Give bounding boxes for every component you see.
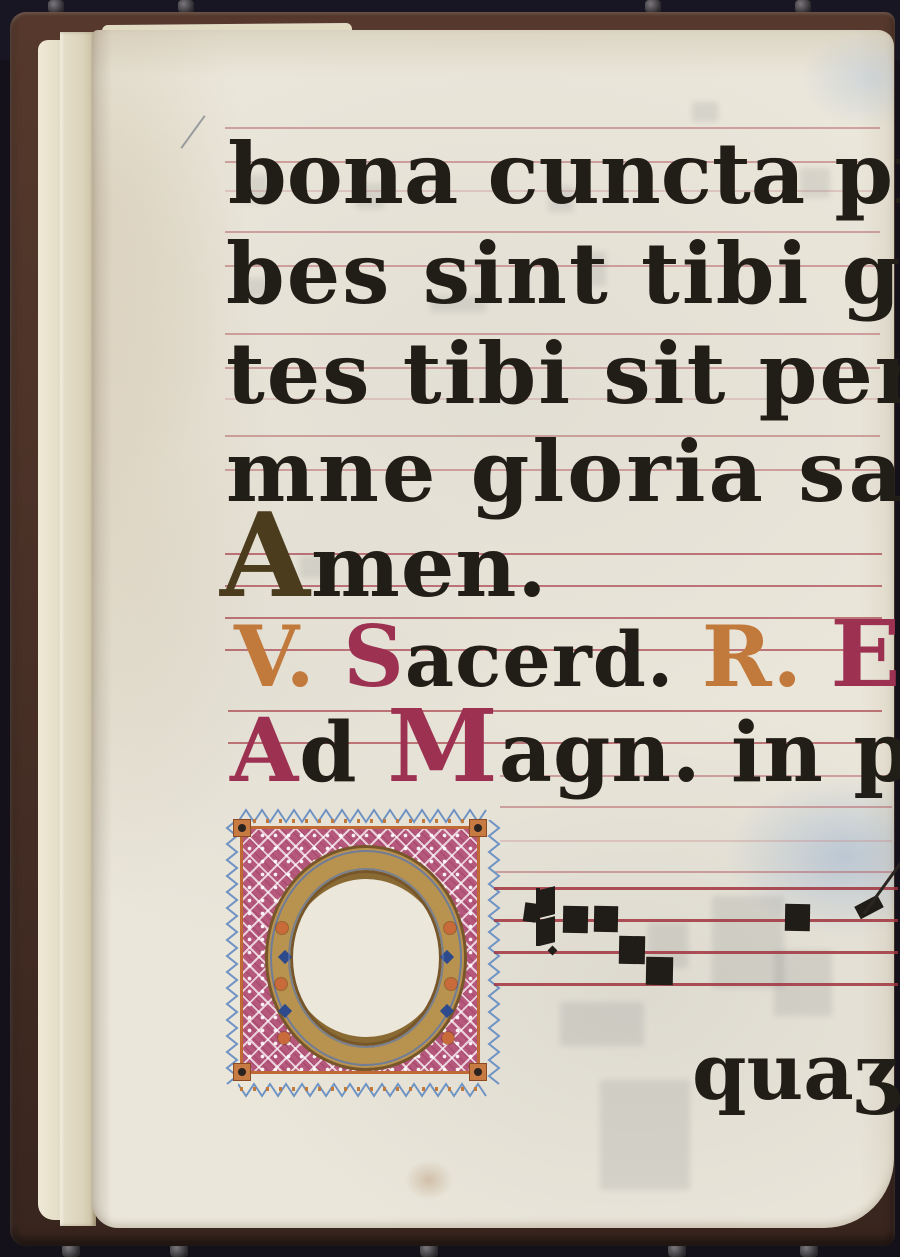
corner-ornament	[233, 819, 251, 837]
illuminated-initial-O	[224, 806, 502, 1100]
floret-ornament	[442, 1032, 454, 1044]
corner-ornament	[469, 1063, 487, 1081]
floret-ornament	[444, 922, 456, 934]
floret-ornament	[278, 1032, 290, 1044]
zigzag-path	[489, 820, 499, 1084]
page-edge-stack-inner	[60, 32, 96, 1226]
manuscript-photo: bona cuncta praebes sint tibi grates tib…	[0, 0, 900, 1257]
orange-dot-row-bottom	[240, 1087, 480, 1091]
zigzag-border-right	[486, 820, 502, 1086]
floret-ornament	[445, 978, 457, 990]
catchword: quaʒ	[692, 1034, 898, 1112]
letter-O-body	[268, 848, 464, 1068]
floret-ornament	[275, 978, 287, 990]
fleur-ornament	[278, 950, 292, 964]
corner-ornament	[233, 1063, 251, 1081]
orange-dot-row-top	[240, 819, 480, 823]
zigzag-path	[227, 820, 237, 1084]
fleur-ornament	[440, 950, 454, 964]
floret-ornament	[276, 922, 288, 934]
corner-ornament	[469, 819, 487, 837]
zigzag-border-left	[224, 820, 240, 1086]
